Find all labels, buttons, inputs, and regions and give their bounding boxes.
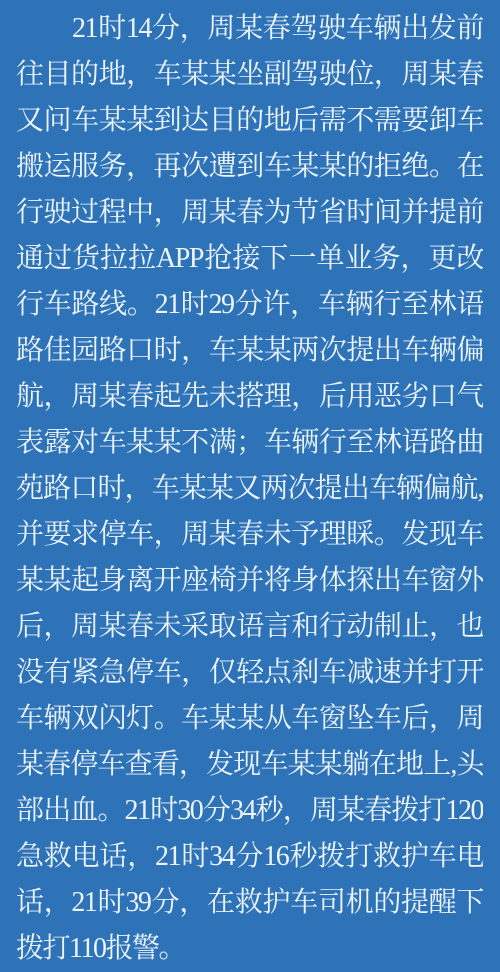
text-line: 没有紧急停车，仅轻点刹车减速并打开	[16, 650, 483, 696]
article-page: 21时14分，周某春驾驶车辆出发前往目的地，车某某坐副驾驶位，周某春又问车某某到…	[0, 0, 500, 972]
text-line: 又问车某某到达目的地后需不需要卸车	[16, 98, 483, 144]
text-line: 航，周某春起先未搭理，后用恶劣口气	[16, 374, 483, 420]
screenshot-root: { "page": { "background_color": "#2e73b8…	[0, 0, 500, 972]
text-line: 急救电话，21时34分16秒拨打救护车电	[16, 834, 483, 880]
text-line: 拨打110报警。	[16, 926, 483, 972]
text-line: 后，周某春未采取语言和行动制止，也	[16, 604, 483, 650]
text-line: 21时14分，周某春驾驶车辆出发前	[16, 6, 483, 52]
text-line: 苑路口时，车某某又两次提出车辆偏航,	[16, 466, 483, 512]
text-line: 某春停车查看，发现车某某躺在地上,头	[16, 742, 483, 788]
text-line: 表露对车某某不满；车辆行至林语路曲	[16, 420, 483, 466]
text-line: 通过货拉拉APP抢接下一单业务，更改了	[16, 236, 483, 282]
text-line: 车辆双闪灯。车某某从车窗坠车后，周	[16, 696, 483, 742]
text-line: 话，21时39分，在救护车司机的提醒下	[16, 880, 483, 926]
text-line: 行车路线。21时29分许，车辆行至林语	[16, 282, 483, 328]
case-report-text: 21时14分，周某春驾驶车辆出发前往目的地，车某某坐副驾驶位，周某春又问车某某到…	[0, 0, 500, 972]
text-line: 并要求停车，周某春未予理睬。发现车	[16, 512, 483, 558]
text-line: 往目的地，车某某坐副驾驶位，周某春	[16, 52, 483, 98]
text-line: 搬运服务，再次遭到车某某的拒绝。在	[16, 144, 483, 190]
text-line: 行驶过程中，周某春为节省时间并提前	[16, 190, 483, 236]
text-line: 路佳园路口时，车某某两次提出车辆偏	[16, 328, 483, 374]
text-line: 部出血。21时30分34秒，周某春拨打120	[16, 788, 483, 834]
text-line: 某某起身离开座椅并将身体探出车窗外	[16, 558, 483, 604]
